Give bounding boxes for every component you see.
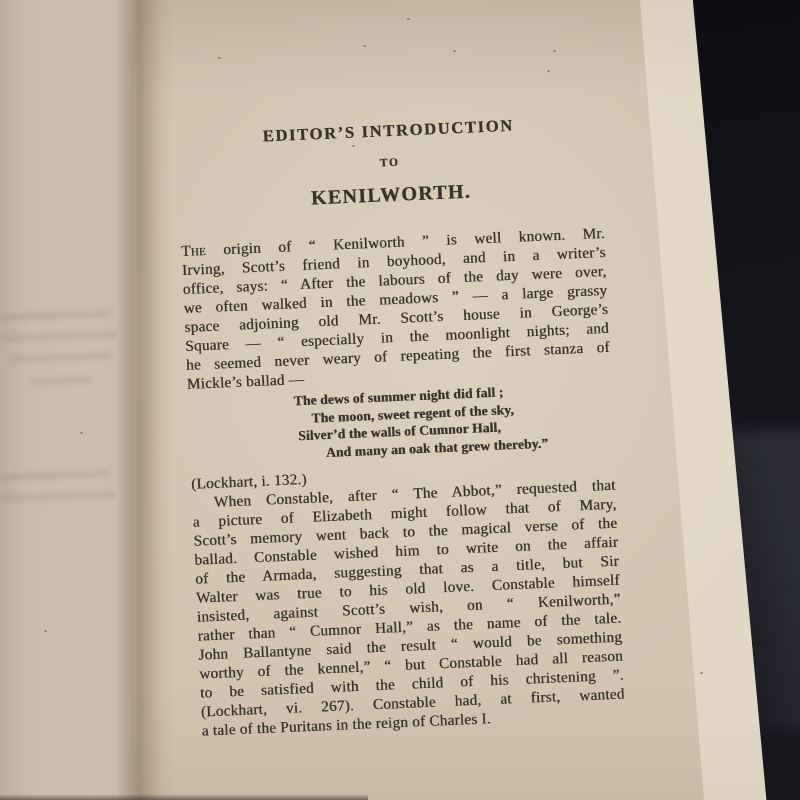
foxing-speck bbox=[553, 50, 556, 52]
ballad-verse: The dews of summer night did fall ; The … bbox=[293, 379, 614, 463]
heading-to: TO bbox=[177, 147, 601, 179]
bottom-edge-shadow bbox=[0, 794, 368, 800]
foxing-speck bbox=[218, 57, 221, 59]
foxing-speck bbox=[363, 45, 366, 47]
show-through-mark bbox=[0, 331, 118, 342]
heading-kenilworth: KENILWORTH. bbox=[179, 174, 604, 216]
book-page-photo: EDITOR’S INTRODUCTION TO KENILWORTH. The… bbox=[0, 0, 800, 800]
lead-word: The bbox=[181, 242, 206, 260]
foxing-speck bbox=[453, 50, 456, 52]
foxing-speck bbox=[44, 630, 47, 632]
gutter-shadow bbox=[116, 0, 174, 800]
body-text: The origin of “ Kenilworth ” is well kno… bbox=[181, 224, 626, 741]
open-book: EDITOR’S INTRODUCTION TO KENILWORTH. The… bbox=[0, 0, 800, 800]
foxing-speck bbox=[80, 432, 83, 434]
show-through-mark bbox=[30, 376, 92, 385]
show-through-mark bbox=[8, 352, 112, 363]
left-facing-page bbox=[0, 0, 134, 800]
foxing-speck bbox=[407, 18, 410, 20]
printed-text-block: EDITOR’S INTRODUCTION TO KENILWORTH. The… bbox=[176, 112, 626, 741]
show-through-mark bbox=[0, 491, 116, 502]
foxing-speck bbox=[547, 70, 550, 72]
foxing-speck bbox=[700, 672, 703, 674]
show-through-mark bbox=[0, 470, 110, 481]
show-through-mark bbox=[0, 310, 112, 321]
